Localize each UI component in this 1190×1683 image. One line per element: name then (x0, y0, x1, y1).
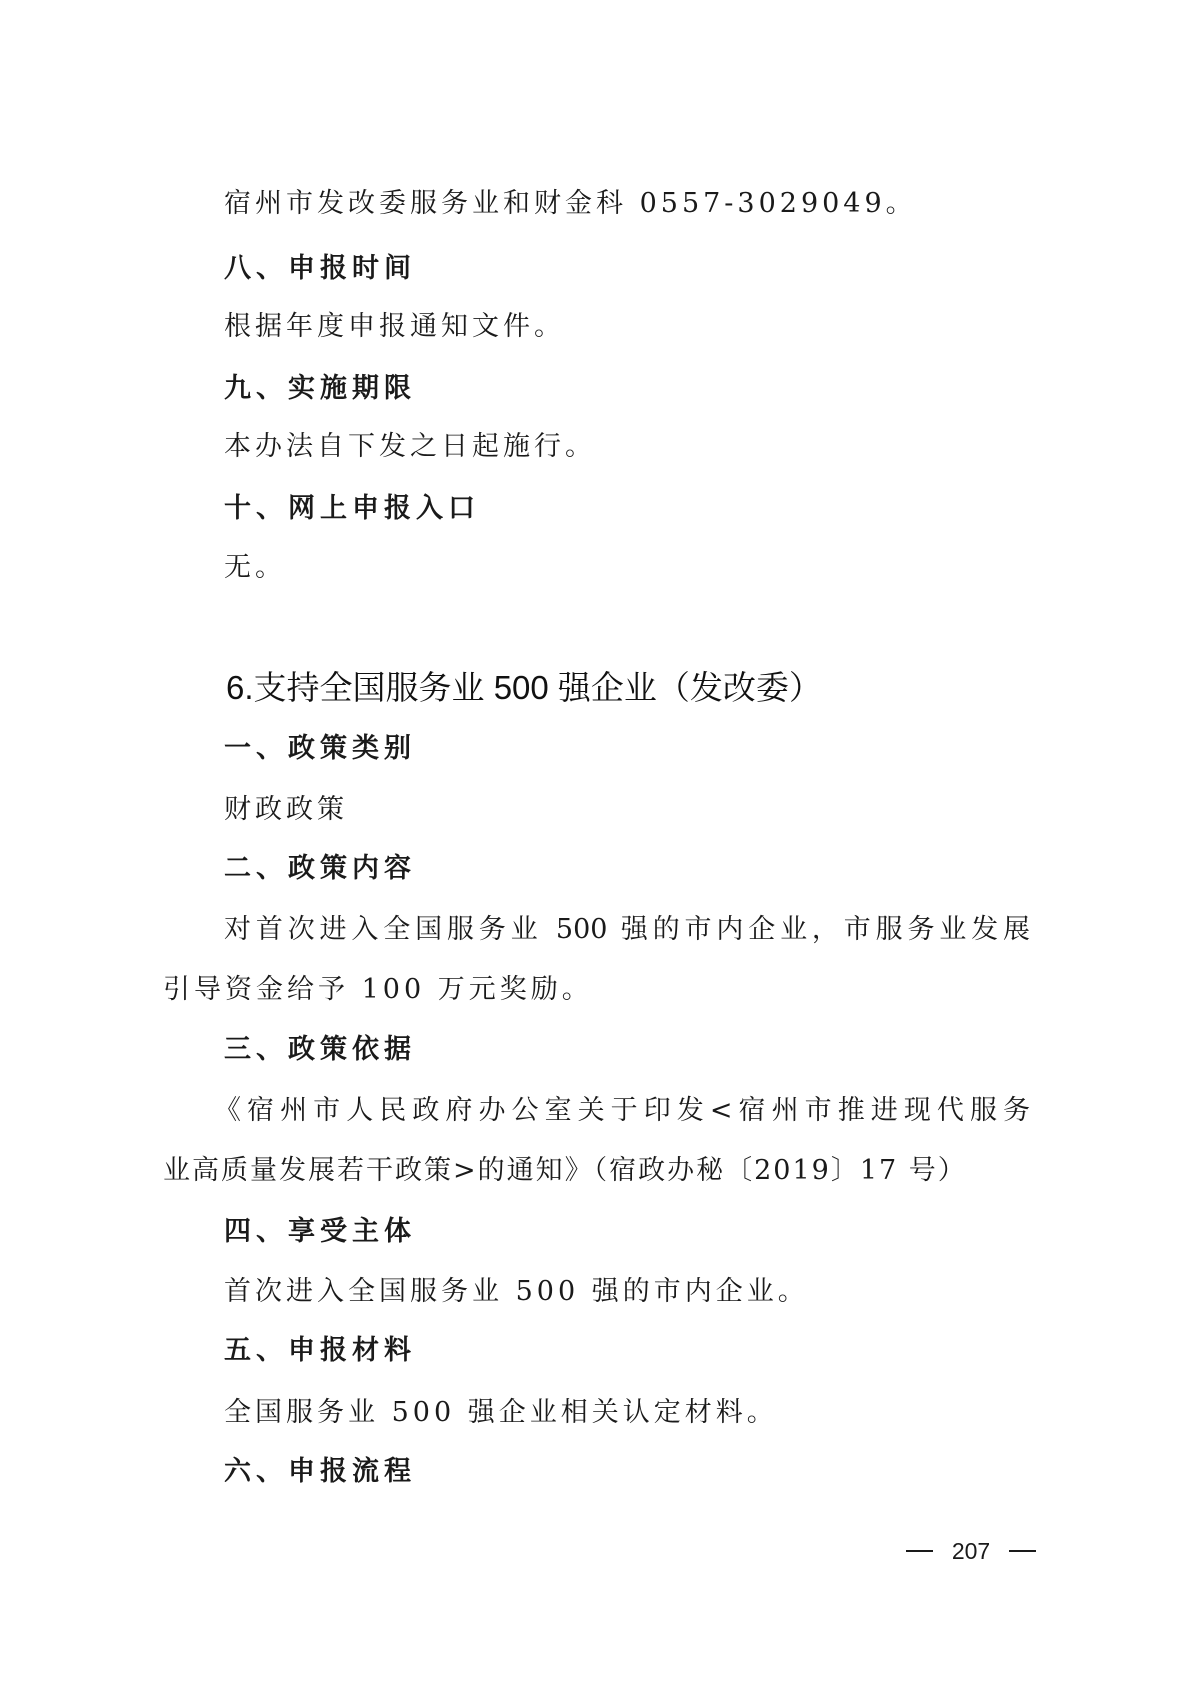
body-online-entry: 无。 (224, 548, 1030, 588)
body-policy-basis-line-1: 《宿州市人民政府办公室关于印发<宿州市推进现代服务 (214, 1091, 1030, 1131)
page-number: 207 (906, 1533, 1036, 1569)
body-application-materials: 全国服务业 500 强企业相关认定材料。 (224, 1393, 1030, 1433)
body-beneficiary: 首次进入全国服务业 500 强的市内企业。 (224, 1272, 1030, 1312)
body-implementation-period: 本办法自下发之日起施行。 (224, 427, 1030, 467)
body-policy-category: 财政政策 (224, 790, 1030, 830)
body-policy-content-line-2: 引导资金给予 100 万元奖励。 (163, 970, 1030, 1010)
heading-online-entry: 十、网上申报入口 (224, 489, 1030, 529)
dash-right (1009, 1550, 1036, 1552)
heading-application-materials: 五、申报材料 (224, 1331, 1030, 1371)
heading-policy-basis: 三、政策依据 (224, 1030, 1030, 1070)
document-page: 宿州市发改委服务业和财金科 0557-3029049。 八、申报时间 根据年度申… (0, 0, 1190, 1683)
heading-policy-category: 一、政策类别 (224, 729, 1030, 769)
heading-beneficiary: 四、享受主体 (224, 1212, 1030, 1252)
dash-left (906, 1550, 933, 1552)
heading-application-process: 六、申报流程 (224, 1452, 1030, 1492)
contact-line: 宿州市发改委服务业和财金科 0557-3029049。 (224, 184, 1030, 224)
section-title: 6.支持全国服务业 500 强企业（发改委） (226, 665, 822, 711)
heading-policy-content: 二、政策内容 (224, 849, 1030, 889)
heading-application-time: 八、申报时间 (224, 249, 1030, 289)
body-application-time: 根据年度申报通知文件。 (224, 307, 1030, 347)
body-policy-content-line-1: 对首次进入全国服务业 500 强的市内企业，市服务业发展 (224, 910, 1030, 950)
body-policy-basis-line-2: 业高质量发展若干政策>的通知》（宿政办秘〔2019〕17 号） (163, 1151, 1030, 1191)
heading-implementation-period: 九、实施期限 (224, 369, 1030, 409)
page-number-text: 207 (952, 1538, 990, 1565)
